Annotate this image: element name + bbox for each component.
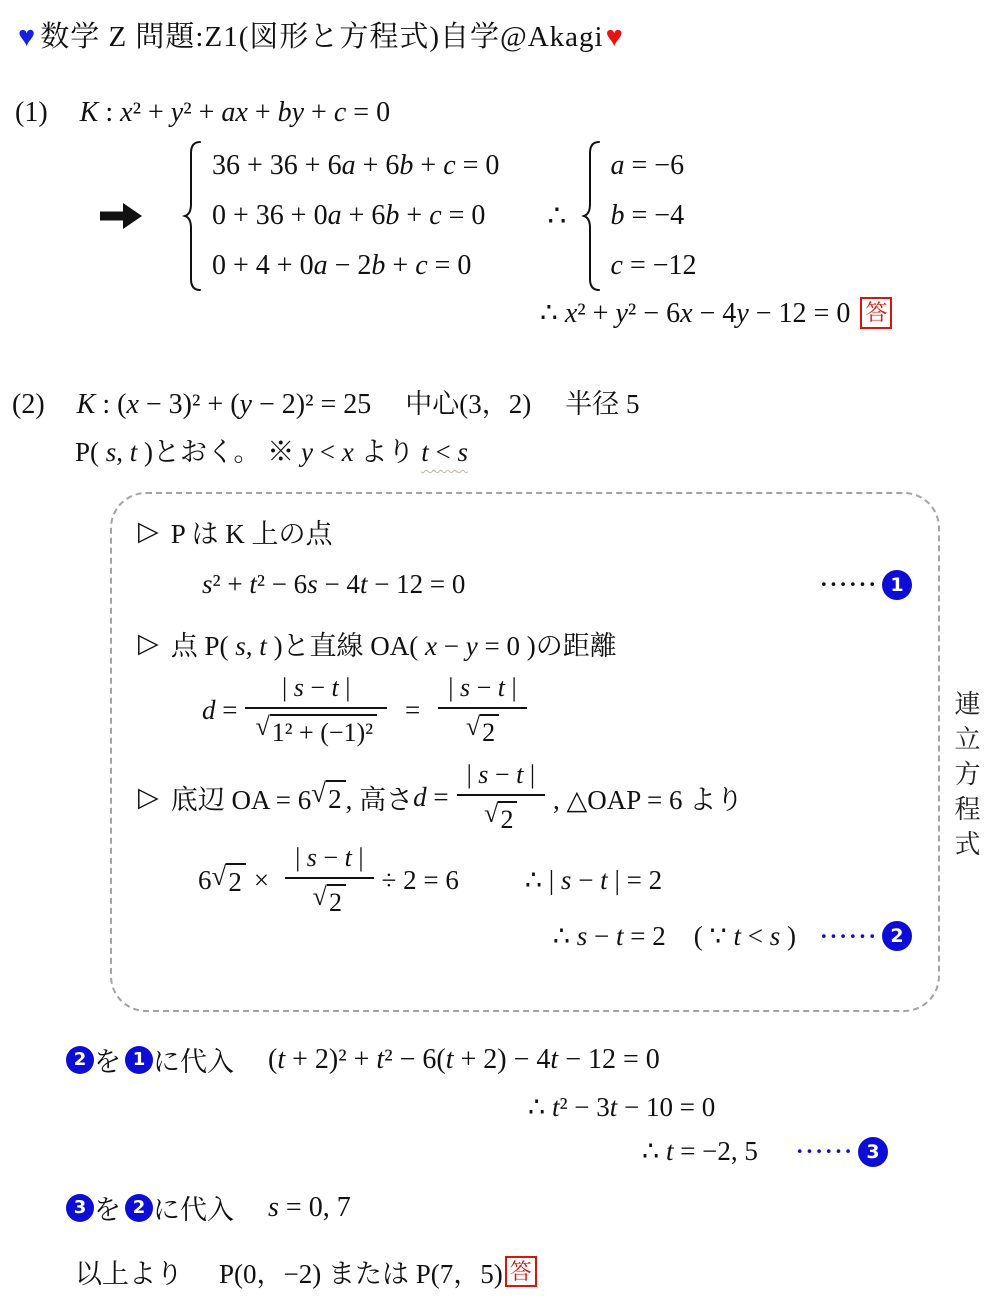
box-item3-row: ▷ 底辺 OA = 6 √ 2 , 高さ d = | s − t | √ 2 ,… [138,760,912,835]
system-equation-2: 0 + 36 + 0a + 6b + c = 0 [212,191,499,241]
part1-solution-system: a = −6 b = −4 c = −12 [581,140,697,292]
conclusion-equation: ∴ s − t = 2 [553,921,666,952]
final-answer-points: P(0，−2) または P(7，5) [219,1252,503,1291]
center-text: 中心(3，2) [405,382,531,421]
radical-symbol: √ [466,713,480,740]
distance-equation-row: d = | s − t | √ 1² + (−1)² = | s − t | √… [202,673,912,748]
height-text: , 高さ [346,778,414,817]
part1-equation-system: 36 + 36 + 6a + 6b + c = 0 0 + 36 + 0a + … [182,140,499,292]
red-heart-icon: ♥ [606,21,624,53]
particle-text: を [94,1040,121,1079]
fraction-1: | s − t | √ 1² + (−1)² [245,673,387,748]
system-equation-3: 0 + 4 + 0a − 2b + c = 0 [212,241,499,291]
final-answer-line: 以上より P(0，−2) または P(7，5) 答 [75,1252,537,1291]
equation1-leader: ······ 1 [820,570,912,600]
box-conclusion-row: ∴ s − t = 2 ( ∵ t < s ) ······ 2 [138,921,912,952]
solution-c: c = −12 [611,241,697,291]
setup-point-text: P( s, t )とおく。 ※ [75,437,294,467]
fraction-3: | s − t | √ 2 [457,760,545,835]
height-lhs: d = [413,782,448,813]
part2-circle-equation: K : (x − 3)² + (y − 2)² = 25 [77,389,372,421]
circled-3-badge: 3 [66,1194,94,1222]
solution-a: a = −6 [611,141,697,191]
leader-dots: ······ [820,925,878,948]
particle-text: を [94,1188,121,1227]
final-pre-text: 以上より [75,1252,183,1291]
triangle-bullet-icon: ▷ [138,782,159,813]
radicand: 2 [226,863,246,898]
equation3-leader: ······ 3 [796,1137,888,1167]
right-arrow-icon [98,200,144,232]
setup-condition: y < x [301,437,354,467]
leader-dots: ······ [820,573,878,596]
radicand: 2 [480,714,499,748]
page-title-text: 数学 Z 問題:Z1(図形と方程式)自学@Akagi [40,21,603,53]
substitution2-line: 3 を 2 に代入 s = 0, 7 [62,1188,351,1227]
square-root: √ 2 [212,863,246,898]
radical-symbol: √ [313,883,327,910]
circled-1-badge: 1 [882,570,912,600]
setup-wavy-condition: t < s [421,437,468,467]
t-solution-equation: ∴ t = −2, 5 [642,1136,758,1167]
system-equation-1: 36 + 36 + 6a + 6b + c = 0 [212,141,499,191]
distance-lhs: d = [202,695,237,726]
radical-symbol: √ [212,862,227,890]
abs-value-result: ∴ | s − t | = 2 [525,865,662,896]
fraction4-numerator: | s − t | [285,843,373,877]
fraction-4: | s − t | √ 2 [285,843,373,918]
left-brace [581,140,601,292]
solution-b: b = −4 [611,191,697,241]
equation2-leader: ······ 2 [820,921,912,951]
radical-symbol: √ [311,779,326,807]
answer-stamp: 答 [505,1256,537,1287]
fraction2-numerator: | s − t | [438,673,526,707]
base-text: 底辺 OA = 6 [171,778,311,817]
box-item2-title-row: ▷ 点 P( s, t )と直線 OA( x − y = 0 )の距離 [138,624,912,663]
triangle-bullet-icon: ▷ [138,628,159,659]
setup-mid-text: より [360,437,414,467]
simultaneous-equations-box: 連立方程式 ▷ P は K 上の点 s² + t² − 6s − 4t − 12… [110,492,940,1012]
part2-setup-line: P( s, t )とおく。 ※ y < x より t < s [75,430,468,469]
part2-label: (2) [12,389,45,421]
circled-1-badge: 1 [125,1046,153,1074]
equation-1: s² + t² − 6s − 4t − 12 = 0 [202,569,465,600]
t-solution-line: ∴ t = −2, 5 ······ 3 [642,1136,888,1167]
box-side-label: 連立方程式 [947,690,984,865]
part1-heading: (1) K : x² + y² + ax + by + c = 0 [15,97,390,129]
square-root: √ 2 [466,714,499,748]
radical-symbol: √ [255,713,269,740]
therefore-symbol: ∴ [547,199,566,234]
box-item1-title: P は K 上の点 [171,512,333,551]
times-symbol: × [254,865,269,896]
radicand: 2 [498,801,517,835]
substitute-text: に代入 [153,1040,234,1079]
part1-result-line: ∴ x² + y² − 6x − 4y − 12 = 0 答 [540,296,892,330]
equals-symbol: = [405,695,420,726]
fraction1-numerator: | s − t | [272,673,360,707]
radical-symbol: √ [484,800,498,827]
fraction3-numerator: | s − t | [457,760,545,794]
because-condition: ( ∵ t < s ) [694,921,796,952]
triangle-bullet-icon: ▷ [138,516,159,547]
square-root: √ 1² + (−1)² [255,714,377,748]
blue-heart-icon: ♥ [18,21,36,53]
calc-coefficient: 6 [198,865,212,896]
calc-rhs: ÷ 2 = 6 [382,865,459,896]
answer-stamp: 答 [860,297,892,328]
substitution1-line: 2 を 1 に代入 (t + 2)² + t² − 6(t + 2) − 4t … [62,1040,660,1079]
substitute-text: に代入 [153,1188,234,1227]
part1-system-row: 36 + 36 + 6a + 6b + c = 0 0 + 36 + 0a + … [98,140,697,292]
radicand: 2 [326,780,346,815]
part1-result-equation: ∴ x² + y² − 6x − 4y − 12 = 0 [540,296,850,330]
page-title: ♥数学 Z 問題:Z1(図形と方程式)自学@Akagi♥ [18,14,624,55]
circled-2-badge: 2 [125,1194,153,1222]
box-calculation-row: 6 √ 2 × | s − t | √ 2 ÷ 2 = 6 ∴ | s − t … [198,843,912,918]
part1-label: (1) [15,97,48,129]
substitution1-equation: (t + 2)² + t² − 6(t + 2) − 4t − 12 = 0 [268,1044,660,1076]
leader-dots: ······ [796,1140,854,1163]
left-brace [182,140,202,292]
quadratic-equation-line: ∴ t² − 3t − 10 = 0 [528,1092,715,1123]
square-root: √ 2 [311,780,345,815]
box-item2-title: 点 P( s, t )と直線 OA( x − y = 0 )の距離 [171,624,617,663]
box-equation1-row: s² + t² − 6s − 4t − 12 = 0 ······ 1 [138,569,912,600]
radicand: 2 [327,884,346,918]
circled-2-badge: 2 [66,1046,94,1074]
circled-2-badge: 2 [882,921,912,951]
square-root: √ 2 [484,801,517,835]
square-root: √ 2 [313,884,346,918]
box-item1-title-row: ▷ P は K 上の点 [138,512,912,551]
part1-circle-equation: K : x² + y² + ax + by + c = 0 [80,97,390,129]
radius-text: 半径 5 [565,382,639,421]
triangle-area-text: , △OAP = 6 より [553,778,743,817]
part2-heading: (2) K : (x − 3)² + (y − 2)² = 25 中心(3，2)… [12,382,640,421]
radicand: 1² + (−1)² [270,714,377,748]
circled-3-badge: 3 [858,1137,888,1167]
fraction-2: | s − t | √ 2 [438,673,526,748]
substitution2-equation: s = 0, 7 [268,1192,351,1224]
